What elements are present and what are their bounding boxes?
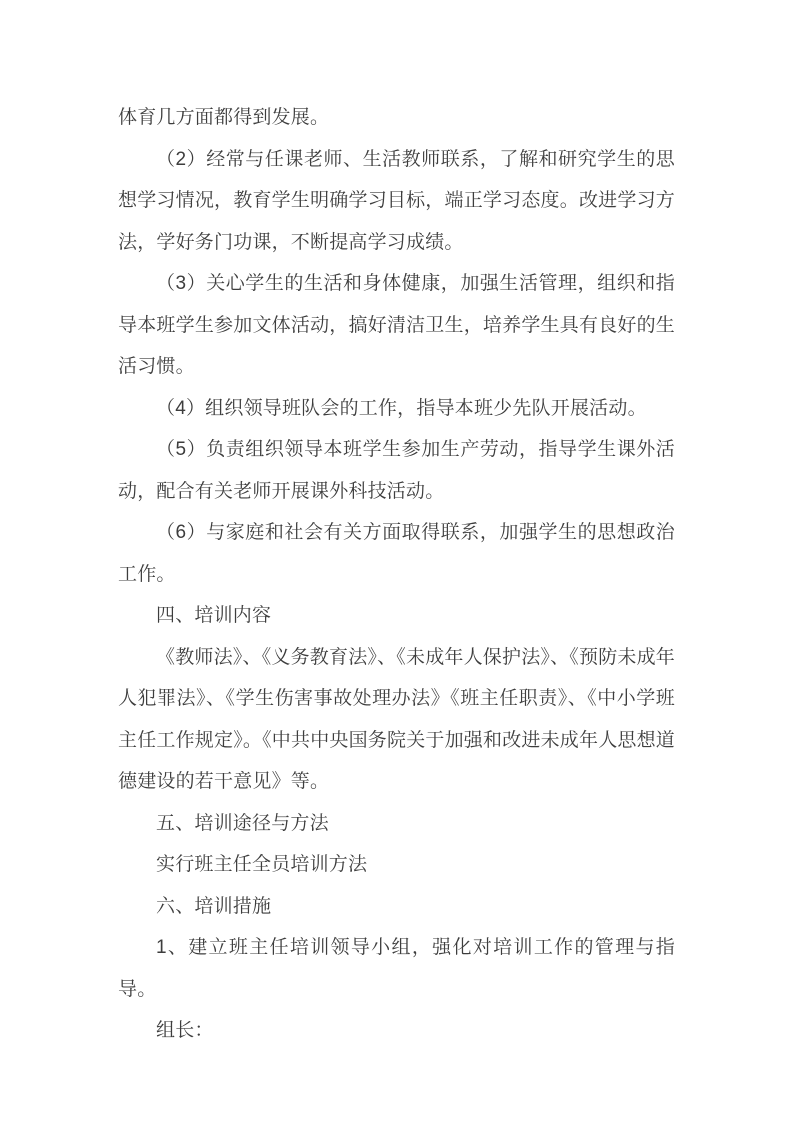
numbered-item-5: （5）负责组织领导本班学生参加生产劳动，指导学生课外活动，配合有关老师开展课外科…: [118, 429, 675, 512]
document-text-area: 体育几方面都得到发展。（2）经常与任课老师、生活教师联系，了解和研究学生的思想学…: [118, 97, 675, 1052]
section-heading-5: 五、培训途径与方法: [118, 803, 675, 845]
body-paragraph: 《教师法》、《义务教育法》、《未成年人保护法》、《预防未成年人犯罪法》、《学生伤…: [118, 637, 675, 803]
label-group-leader: 组长：: [118, 1010, 675, 1052]
paragraph-continuation: 体育几方面都得到发展。: [118, 97, 675, 139]
section-heading-4: 四、培训内容: [118, 595, 675, 637]
numbered-item-measure-1: 1、建立班主任培训领导小组，强化对培训工作的管理与指导。: [118, 927, 675, 1010]
body-paragraph: 实行班主任全员培训方法: [118, 844, 675, 886]
document-page: 体育几方面都得到发展。（2）经常与任课老师、生活教师联系，了解和研究学生的思想学…: [0, 0, 793, 1122]
numbered-item-3: （3）关心学生的生活和身体健康，加强生活管理，组织和指导本班学生参加文体活动，搞…: [118, 263, 675, 388]
numbered-item-2: （2）经常与任课老师、生活教师联系，了解和研究学生的思想学习情况，教育学生明确学…: [118, 139, 675, 264]
section-heading-6: 六、培训措施: [118, 886, 675, 928]
numbered-item-4: （4）组织领导班队会的工作，指导本班少先队开展活动。: [118, 388, 675, 430]
numbered-item-6: （6）与家庭和社会有关方面取得联系，加强学生的思想政治工作。: [118, 512, 675, 595]
